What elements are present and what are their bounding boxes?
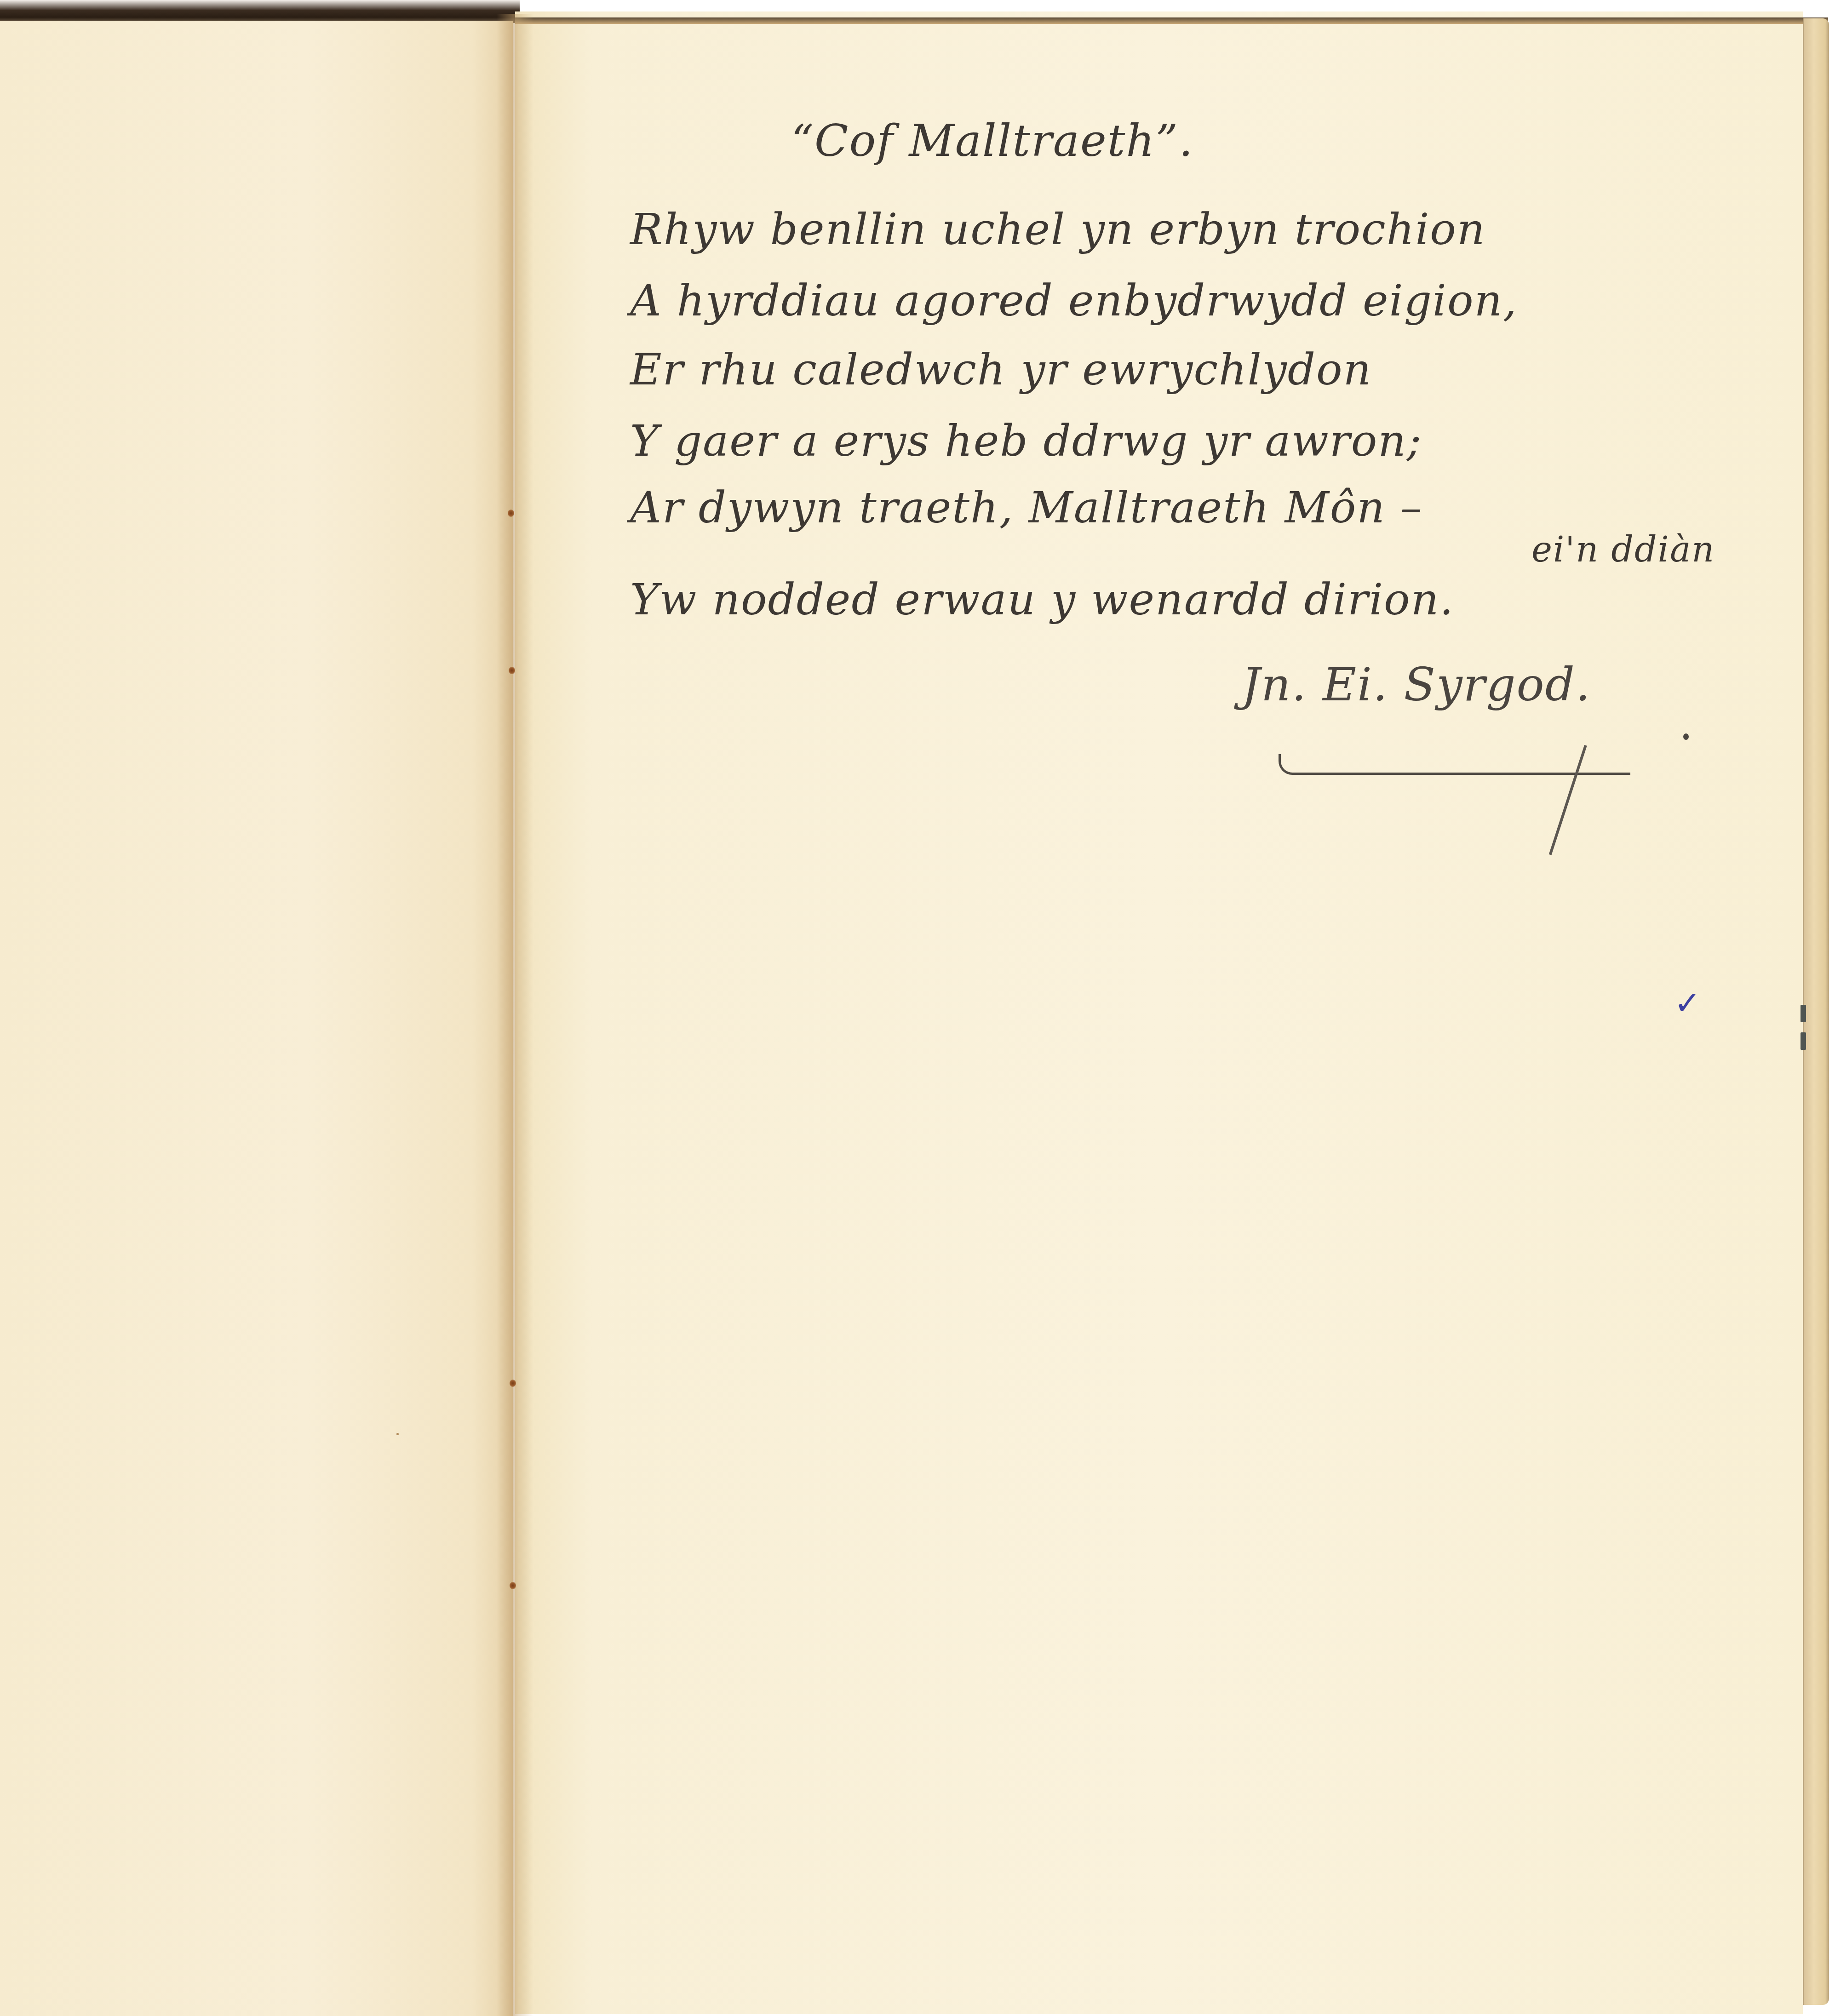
rust-staple-mark (509, 667, 515, 674)
poem-line-1: Rhyw benllin uchel yn erbyn trochion (630, 205, 1485, 255)
cover-top-edge (515, 17, 1828, 24)
binding-clip (1801, 1032, 1806, 1050)
poem-line-3: Er rhu caledwch yr ewrychlydon (630, 345, 1372, 395)
book-top-edge-shadow (0, 0, 520, 23)
signature-dot (1683, 733, 1689, 740)
poem-line-6: Yw nodded erwau y wenardd dirion. (630, 575, 1454, 625)
poem-line-5: Ar dywyn traeth, Malltraeth Môn – (630, 483, 1423, 533)
poem-title: “Cof Malltraeth”. (791, 115, 1194, 166)
rust-staple-mark (510, 1582, 516, 1589)
interlinear-insertion: ei'n ddiàn (1531, 529, 1715, 570)
binding-clip (1801, 1005, 1806, 1022)
author-signature: Jn. Ei. Syrgod. (1242, 658, 1591, 711)
poem-line-2: A hyrddiau agored enbydrwydd eigion, (630, 276, 1518, 326)
paper-speck (396, 1433, 399, 1435)
checkmark-icon: ✓ (1674, 984, 1701, 1022)
cover-right-edge (1803, 18, 1829, 2005)
poem-line-4: Y gaer a erys heb ddrwg yr awron; (630, 416, 1422, 466)
left-blank-page (0, 21, 513, 2016)
rust-staple-mark (510, 1380, 516, 1387)
binding-gutter (497, 14, 533, 2016)
rust-staple-mark (508, 510, 514, 517)
